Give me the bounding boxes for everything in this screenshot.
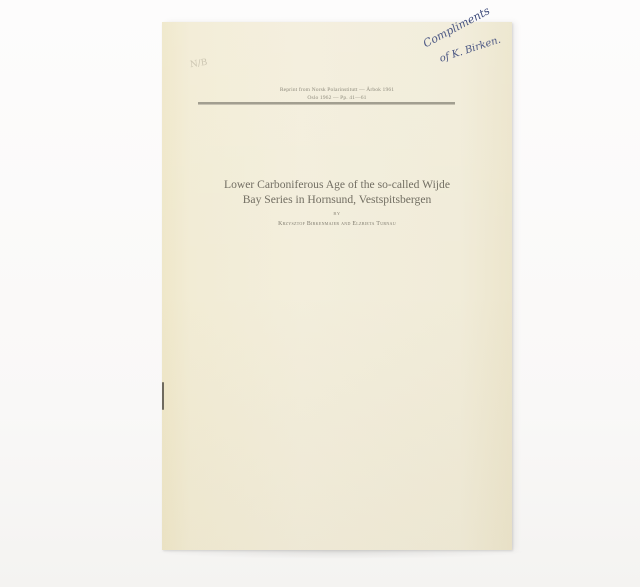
document-title: Lower Carboniferous Age of the so-called… (162, 177, 512, 207)
pamphlet-cover: N/B Compliments of K. Birken. Reprint fr… (162, 22, 512, 550)
reprint-source: Reprint from Norsk Polarinstitutt — Årbo… (162, 86, 512, 94)
handwritten-inscription: Compliments of K. Birken. (424, 28, 504, 78)
photo-scene: N/B Compliments of K. Birken. Reprint fr… (0, 0, 640, 587)
by-label: BY (162, 211, 512, 216)
reprint-pages: Oslo 1962 — Pp. 41—61 (162, 94, 512, 102)
reprint-header: Reprint from Norsk Polarinstitutt — Årbo… (162, 86, 512, 102)
header-rule (198, 102, 455, 105)
title-line-1: Lower Carboniferous Age of the so-called… (162, 177, 512, 192)
authors: Krzysztof Birkenmajer and Elzbieta Turna… (162, 221, 512, 227)
staple-mark (162, 382, 164, 410)
title-line-2: Bay Series in Hornsund, Vestspitsbergen (162, 192, 512, 207)
pencil-annotation: N/B (189, 58, 208, 70)
